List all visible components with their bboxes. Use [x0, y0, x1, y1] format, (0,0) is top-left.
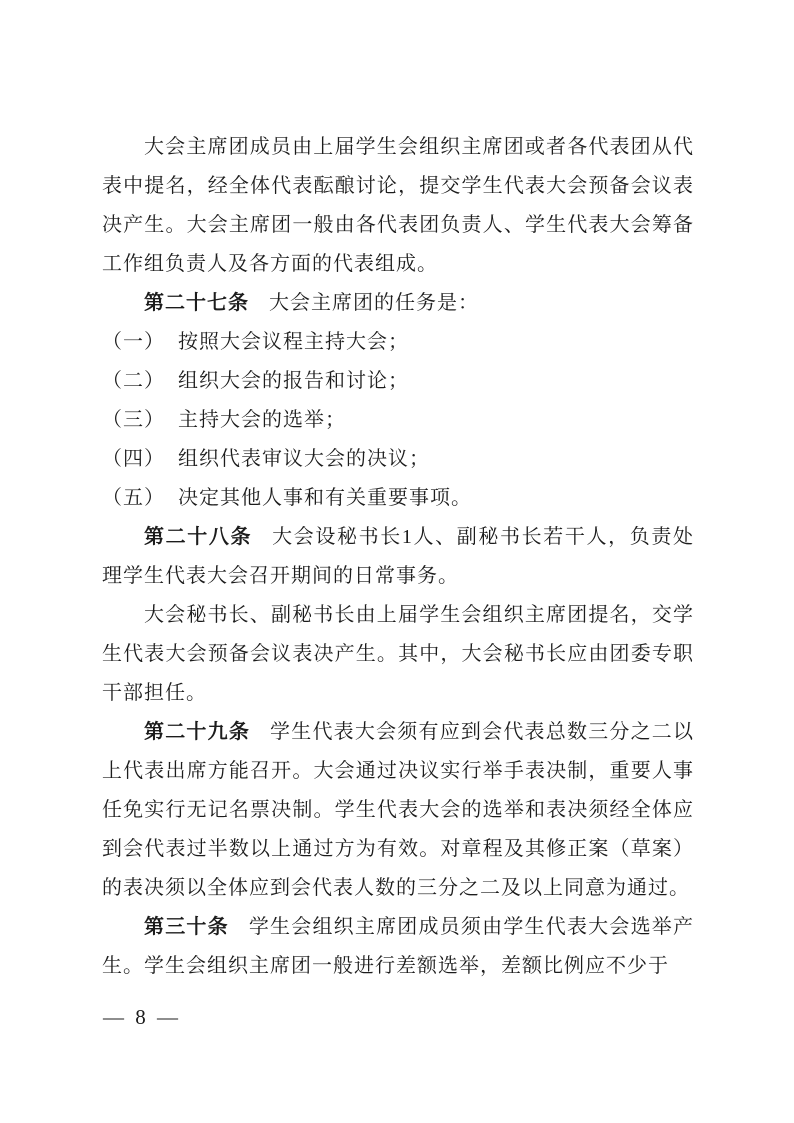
article-27-item-4: （四）组织代表审议大会的决议；: [102, 440, 694, 479]
item-5-text: 决定其他人事和有关重要事项。: [178, 487, 472, 509]
article-27-item-1: （一）按照大会议程主持大会；: [102, 323, 694, 362]
item-1-marker: （一）: [102, 331, 165, 353]
article-27-item-5: （五）决定其他人事和有关重要事项。: [102, 479, 694, 518]
item-2-text: 组织大会的报告和讨论；: [178, 370, 409, 392]
article-29-label: 第二十九条: [144, 721, 250, 743]
article-28-label: 第二十八条: [144, 526, 252, 548]
intro-paragraph: 大会主席团成员由上届学生会组织主席团或者各代表团从代表中提名，经全体代表酝酿讨论…: [102, 128, 694, 284]
article-30-paragraph: 第三十条学生会组织主席团成员须由学生代表大会选举产生。学生会组织主席团一般进行差…: [102, 908, 694, 986]
item-4-text: 组织代表审议大会的决议；: [178, 448, 430, 470]
secretary-paragraph: 大会秘书长、副秘书长由上届学生会组织主席团提名，交学生代表大会预备会议表决产生。…: [102, 596, 694, 713]
item-1-text: 按照大会议程主持大会；: [178, 331, 409, 353]
item-3-marker: （三）: [102, 409, 165, 431]
page-content: 大会主席团成员由上届学生会组织主席团或者各代表团从代表中提名，经全体代表酝酿讨论…: [102, 128, 694, 986]
article-27-paragraph: 第二十七条大会主席团的任务是：: [102, 284, 694, 323]
item-3-text: 主持大会的选举；: [178, 409, 346, 431]
article-27-item-3: （三）主持大会的选举；: [102, 401, 694, 440]
item-4-marker: （四）: [102, 448, 165, 470]
article-28-paragraph: 第二十八条大会设秘书长1人、副秘书长若干人，负责处理学生代表大会召开期间的日常事…: [102, 518, 694, 596]
article-27-item-2: （二）组织大会的报告和讨论；: [102, 362, 694, 401]
page-number: — 8 —: [103, 1002, 181, 1032]
article-30-label: 第三十条: [144, 916, 229, 938]
item-5-marker: （五）: [102, 487, 165, 509]
document-page: 大会主席团成员由上届学生会组织主席团或者各代表团从代表中提名，经全体代表酝酿讨论…: [0, 0, 794, 1123]
article-27-text: 大会主席团的任务是：: [269, 292, 479, 314]
article-29-text: 学生代表大会须有应到会代表总数三分之二以上代表出席方能召开。大会通过决议实行举手…: [102, 721, 694, 899]
article-29-paragraph: 第二十九条学生代表大会须有应到会代表总数三分之二以上代表出席方能召开。大会通过决…: [102, 713, 694, 908]
item-2-marker: （二）: [102, 370, 165, 392]
article-27-label: 第二十七条: [144, 292, 249, 314]
